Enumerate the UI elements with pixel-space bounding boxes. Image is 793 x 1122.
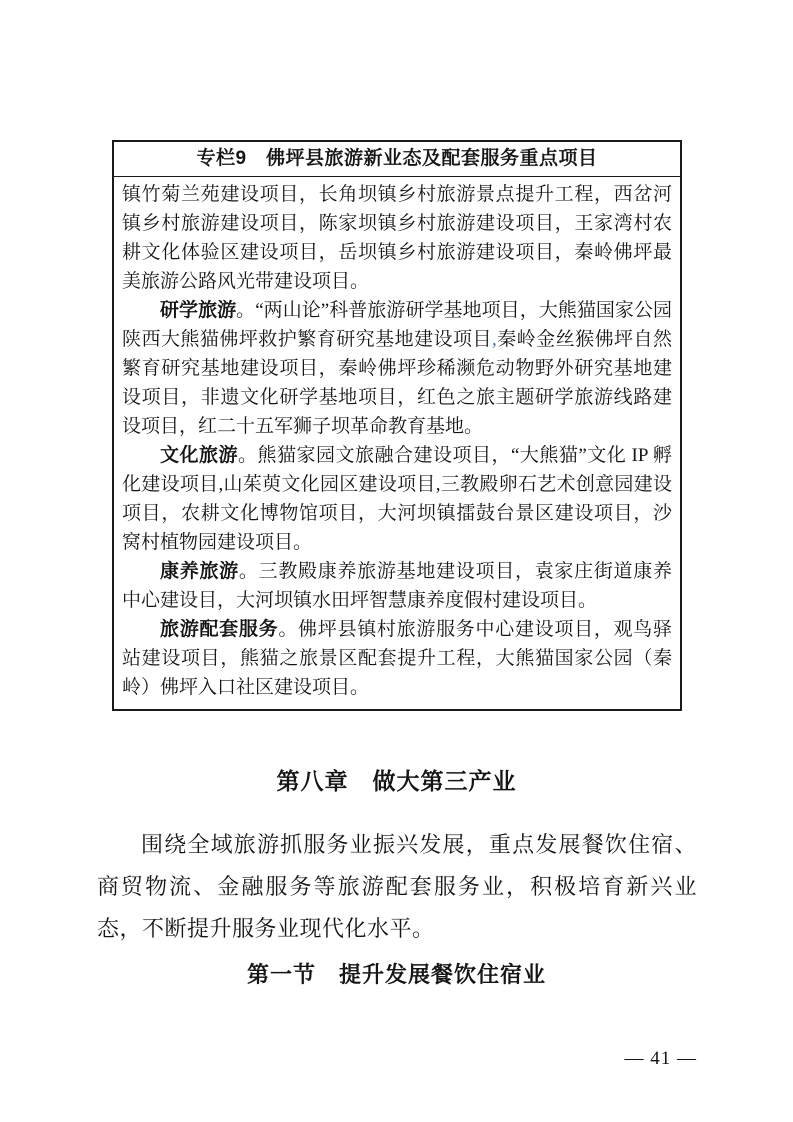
paragraph-lead: 康养旅游 <box>160 561 239 582</box>
project-panel: 专栏9 佛坪县旅游新业态及配套服务重点项目 镇竹菊兰苑建设项目，长角坝镇乡村旅游… <box>112 140 682 711</box>
panel-paragraph-rural-tourism: 镇竹菊兰苑建设项目，长角坝镇乡村旅游景点提升工程，西岔河镇乡村旅游建设项目，陈家… <box>122 180 672 296</box>
paragraph-lead: 研学旅游 <box>160 300 236 321</box>
panel-paragraph-wellness-tourism: 康养旅游。三教殿康养旅游基地建设项目，袁家庄街道康养中心建设目，大河坝镇水田坪智… <box>122 557 672 615</box>
panel-paragraph-supporting-services: 旅游配套服务。佛坪县镇村旅游服务中心建设项目，观鸟驿站建设项目，熊猫之旅景区配套… <box>122 615 672 702</box>
document-page: 专栏9 佛坪县旅游新业态及配套服务重点项目 镇竹菊兰苑建设项目，长角坝镇乡村旅游… <box>0 0 793 1122</box>
panel-title: 专栏9 佛坪县旅游新业态及配套服务重点项目 <box>114 142 680 177</box>
paragraph-lead: 文化旅游 <box>160 445 238 466</box>
section-heading: 第一节 提升发展餐饮住宿业 <box>0 958 793 989</box>
page-number: — 41 — <box>625 1048 698 1070</box>
body-paragraph: 围绕全域旅游抓服务业振兴发展，重点发展餐饮住宿、商贸物流、金融服务等旅游配套服务… <box>97 824 697 950</box>
panel-body: 镇竹菊兰苑建设项目，长角坝镇乡村旅游景点提升工程，西岔河镇乡村旅游建设项目，陈家… <box>114 177 680 709</box>
chapter-heading: 第八章 做大第三产业 <box>0 763 793 796</box>
paragraph-lead: 旅游配套服务 <box>160 619 278 640</box>
paragraph-text: 镇竹菊兰苑建设项目，长角坝镇乡村旅游景点提升工程，西岔河镇乡村旅游建设项目，陈家… <box>122 184 672 292</box>
panel-paragraph-study-tourism: 研学旅游。“两山论”科普旅游研学基地项目，大熊猫国家公园陕西大熊猫佛坪救护繁育研… <box>122 296 672 441</box>
panel-paragraph-culture-tourism: 文化旅游。熊猫家园文旅融合建设项目，“大熊猫”文化 IP 孵化建设项目,山茱萸文… <box>122 441 672 557</box>
